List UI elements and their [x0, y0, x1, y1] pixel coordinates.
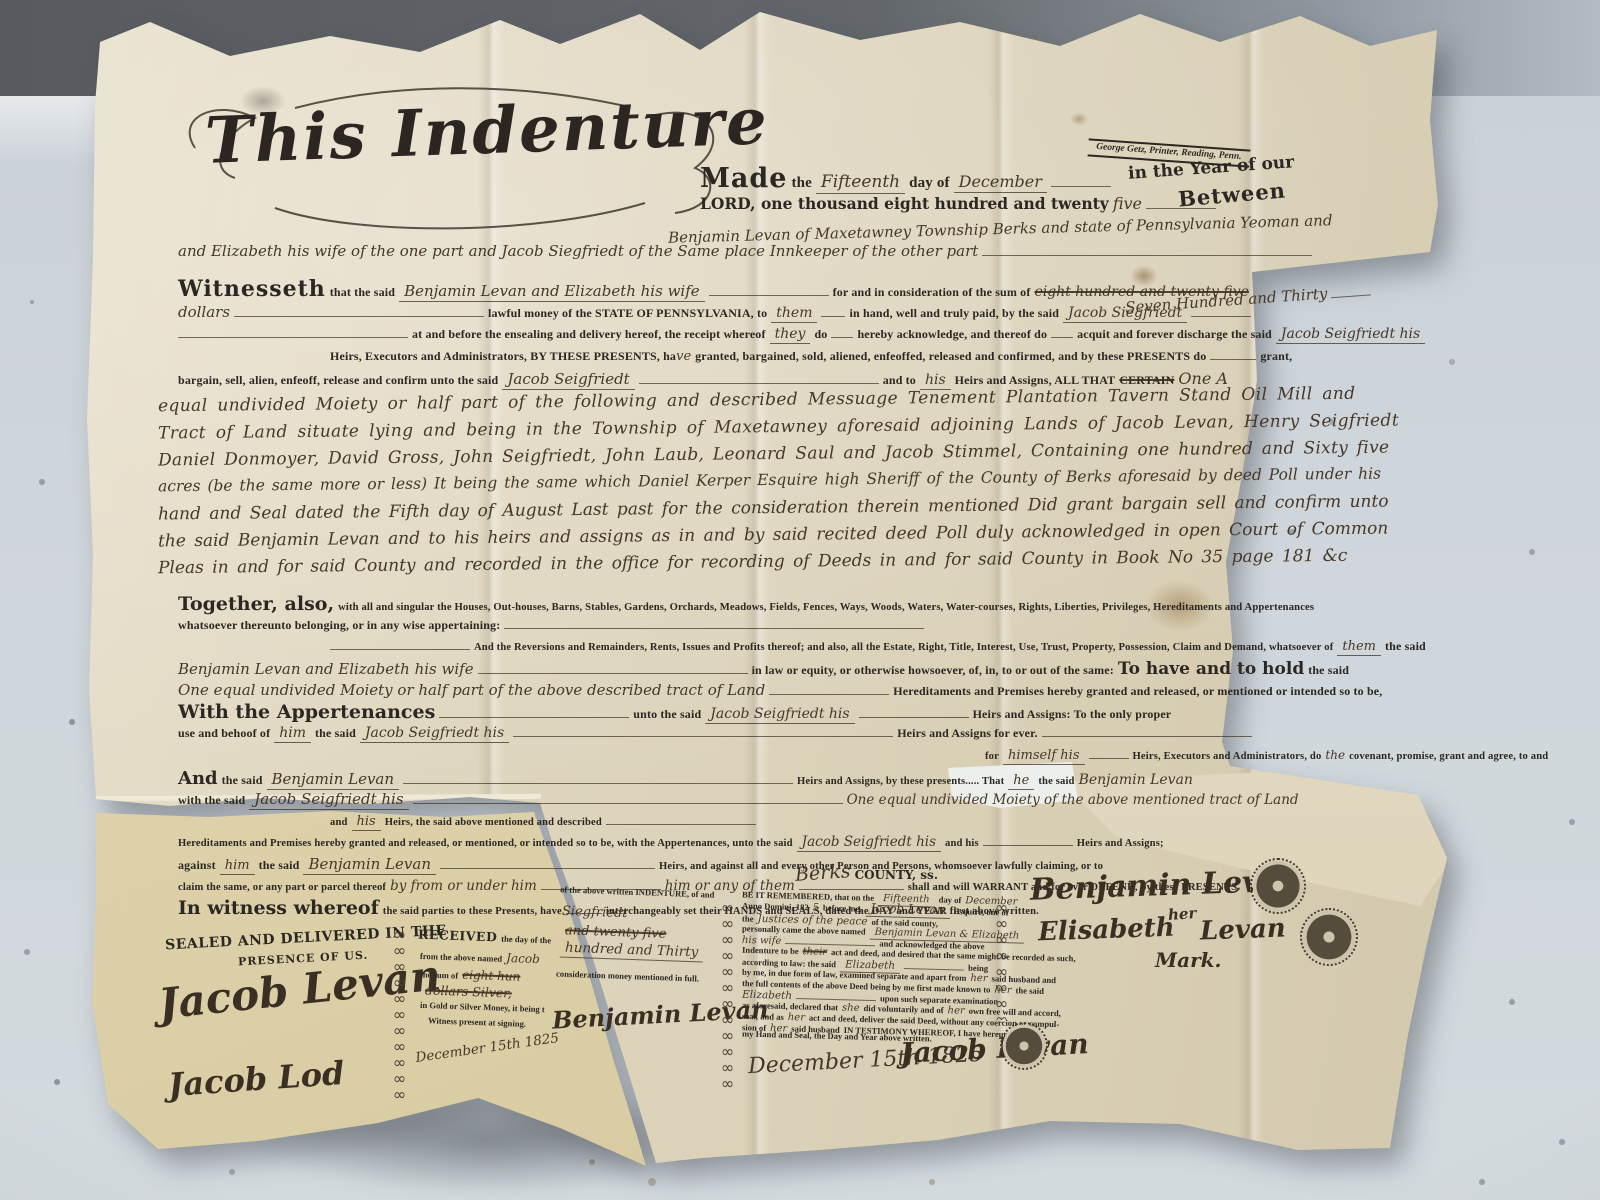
elisabeth-her-mark: her — [1167, 904, 1197, 924]
blank-line — [403, 771, 793, 784]
witnesseth-line-2: dollars lawful money of the STATE OF PEN… — [178, 303, 1251, 322]
equity-text: in law or equity, or otherwise howsoever… — [752, 663, 1114, 677]
month-handwritten: December — [954, 172, 1047, 193]
the-said-5: the said — [1038, 776, 1074, 787]
the-word: the — [791, 175, 811, 191]
him-word: him — [274, 725, 311, 743]
grantee-name-5: Jacob Seigfriedt his — [797, 834, 941, 852]
blank-line — [639, 371, 879, 384]
reversions-text: And the Reversions and Remainders, Rents… — [474, 642, 1333, 653]
payer-name: Jacob Siegfriedt — [1063, 305, 1187, 323]
ornamental-coil-border: ∞∞∞∞∞∞∞∞∞∞∞∞∞∞∞∞∞∞∞∞∞∞∞∞ — [384, 925, 412, 1107]
elisabeth-signature-last: Levan — [1200, 914, 1287, 947]
grant-word: grant, — [1260, 349, 1292, 363]
them-word: them — [771, 305, 817, 323]
covenant-line-5: against him the said Benjamin Levan Heir… — [178, 855, 1103, 874]
acknowledge-text: hereby acknowledge, and thereof do — [857, 327, 1047, 341]
wax-seal-1 — [1250, 858, 1306, 914]
from-label: from the above named — [420, 951, 503, 964]
moiety-text: One equal undivided Moiety or half part … — [178, 681, 765, 699]
year-handwritten: five — [1113, 194, 1142, 213]
county-hw: Berks — [794, 860, 851, 886]
only-proper-text: Heirs and Assigns: To the only proper — [973, 707, 1172, 721]
blank-line — [982, 243, 1312, 256]
covenant-line-0: for himself his Heirs, Executors and Adm… — [985, 746, 1548, 764]
to-have-heading: To have and to hold — [1118, 659, 1304, 679]
and-to-label: and to — [883, 373, 916, 387]
consideration-label: for and in consideration of the sum of — [833, 285, 1031, 299]
justice-seal — [1000, 1022, 1048, 1070]
covenantor-name-2: Benjamin Levan — [1079, 772, 1193, 788]
day-handwritten: Fifteenth — [816, 172, 905, 194]
blank-line — [859, 705, 969, 718]
covenant-line-2: with the said Jacob Seigfriedt his One e… — [178, 790, 1299, 809]
witnesseth-line-3: at and before the ensealing and delivery… — [178, 325, 1425, 343]
grantor-names: Benjamin Levan and Elizabeth his wife — [399, 282, 705, 302]
covenantor-name: Benjamin Levan — [267, 770, 400, 790]
blank-line — [439, 705, 629, 718]
grantee-name-2: Jacob Seigfriedt his — [705, 706, 854, 724]
hereditaments-2: Hereditaments and Premises hereby grante… — [178, 838, 793, 849]
blank-line — [504, 616, 924, 629]
granted-text: granted, bargained, sold, aliened, enfeo… — [695, 349, 1206, 363]
county-label: COUNTY, ss. — [855, 868, 938, 882]
wax-seal-2 — [1300, 908, 1358, 966]
covenant-line-4: Hereditaments and Premises hereby grante… — [178, 833, 1164, 851]
ve-handwritten: ve — [676, 349, 691, 364]
blank-line — [1051, 325, 1073, 338]
blank-line — [178, 325, 408, 338]
ack-the-said: the said — [1015, 985, 1044, 996]
witnesseth-line-4: Heirs, Executors and Administrators, BY … — [330, 347, 1292, 365]
blank-line — [1051, 174, 1111, 187]
blank-line — [1089, 746, 1129, 759]
together-line-1: Together, also, with all and singular th… — [178, 593, 1314, 615]
the-hw: the — [1325, 748, 1345, 762]
acquit-text: acquit and forever discharge the said — [1077, 327, 1272, 341]
them-word-2: them — [1337, 639, 1381, 656]
ensealing-text: at and before the ensealing and delivery… — [412, 327, 766, 341]
they-word: they — [770, 326, 811, 344]
do-word: do — [814, 327, 827, 341]
moiety-hw: One equal undivided Moiety of the above … — [847, 792, 1299, 808]
heirs-assigns-2: Heirs and Assigns; — [1077, 838, 1164, 849]
day-of-label: day of — [909, 175, 950, 191]
blank-line — [413, 791, 843, 804]
together-line-4: Benjamin Levan and Elizabeth his wife in… — [178, 659, 1349, 679]
party-line-2-text: and Elizabeth his wife of the one part a… — [178, 242, 978, 260]
blank-line — [330, 637, 470, 650]
together-text-2: whatsoever thereunto belonging, or in an… — [178, 618, 500, 632]
use-behoof-label: use and behoof of — [178, 726, 270, 740]
discharged-name: Jacob Seigfriedt his — [1276, 326, 1425, 344]
unto-label: unto the said — [633, 707, 701, 721]
the-said-4: the said — [222, 773, 263, 787]
sum-struck-hw: eight hun — [462, 968, 521, 984]
witness-a: the said parties to these Presents, have — [383, 906, 562, 917]
together-line-3: And the Reversions and Remainders, Rents… — [330, 637, 1426, 655]
from-name-hw: Jacob — [506, 951, 540, 966]
grantor-names-2: Benjamin Levan and Elizabeth his wife — [178, 660, 474, 678]
himself-his: himself his — [1003, 748, 1085, 765]
lord-phrase: LORD, one thousand eight hundred and twe… — [700, 194, 1109, 213]
forever-text: Heirs and Assigns for ever. — [897, 726, 1037, 740]
elisabeth-signature-first: Elisabeth — [1038, 913, 1176, 948]
ornamental-coil-border: ∞∞∞∞∞∞∞∞∞∞∞∞∞∞∞∞∞∞∞∞∞∞∞∞ — [712, 898, 740, 1088]
against-label: against — [178, 858, 216, 872]
heirs-execs-text: Heirs, Executors and Administrators, BY … — [330, 349, 676, 363]
together-line-7: use and behoof of him the said Jacob Sei… — [178, 724, 1252, 742]
heirs-assigns-label: Heirs and Assigns, ALL THAT — [955, 373, 1116, 387]
covenantor-name-3: Benjamin Levan — [303, 855, 436, 875]
grantee-name-3: Jacob Seigfriedt his — [360, 725, 509, 743]
blank-line — [234, 304, 484, 317]
in-hand: in hand, well and truly paid, by the sai… — [849, 306, 1059, 320]
grantee-name-4: Jacob Seigfriedt his — [249, 790, 408, 810]
covenant-line-1: And the said Benjamin Levan Heirs and As… — [178, 768, 1193, 789]
frag-name-hw: Siegfriedt — [562, 904, 628, 921]
together-line-6: With the Appertenances unto the said Jac… — [178, 701, 1171, 723]
that-the-said: that the said — [330, 285, 395, 299]
blank-line — [513, 724, 893, 737]
mark-word: Mark. — [1155, 948, 1221, 972]
received-heading: RECEIVED — [418, 927, 498, 945]
document-title: This Indenture — [204, 90, 770, 174]
blank-line — [831, 325, 853, 338]
the-said-3: the said — [315, 726, 356, 740]
and-heading: And — [178, 768, 218, 789]
together-line-5: One equal undivided Moiety or half part … — [178, 681, 1382, 700]
covenant-line-3: and his Heirs, the said above mentioned … — [330, 812, 756, 830]
the-said-6: the said — [259, 858, 300, 872]
the-said-2: the said — [1308, 663, 1349, 677]
together-text-1: with all and singular the Houses, Out-ho… — [338, 602, 1314, 613]
blank-line — [1191, 304, 1251, 317]
grantee-name: Jacob Seigfriedt — [502, 370, 634, 390]
blank-line — [478, 661, 748, 674]
the-said-label: the said — [1385, 639, 1426, 653]
witnesseth-heading: Witnesseth — [178, 276, 326, 302]
blank-line — [1331, 283, 1372, 298]
bargain-text: bargain, sell, alien, enfeoff, release a… — [178, 373, 498, 387]
for-label: for — [985, 751, 999, 762]
made-line: Made the Fifteenth day of December — [700, 163, 1111, 194]
together-line-2: whatsoever thereunto belonging, or in an… — [178, 616, 924, 634]
heirs-execs-2: Heirs, Executors and Administrators, do — [1133, 751, 1322, 762]
presents-text: Heirs and Assigns, by these presents....… — [797, 776, 1004, 787]
blank-line — [983, 833, 1073, 846]
and-label: and — [330, 817, 348, 828]
stain-spot — [1070, 112, 1088, 126]
blank-line — [821, 304, 845, 317]
he-word: he — [1008, 773, 1034, 790]
and-his-label: and his — [945, 838, 979, 849]
party-line-2: and Elizabeth his wife of the one part a… — [178, 242, 1312, 261]
blank-line — [606, 812, 756, 825]
dollars-word: dollars — [178, 303, 230, 321]
county-line: Berks COUNTY, ss. — [795, 862, 938, 884]
claim-text: claim the same, or any part or parcel th… — [178, 882, 386, 893]
ornamental-coil-border: ∞∞∞∞∞∞∞∞∞∞∞∞∞∞∞∞∞∞∞∞∞∞∞∞ — [986, 898, 1014, 1020]
blank-line — [1042, 724, 1252, 737]
together-heading: Together, also, — [178, 593, 334, 615]
received-line-3: dollars Silver, — [425, 982, 512, 1000]
sum-label: the sum of — [420, 969, 459, 980]
in-witness-heading: In witness whereof — [178, 897, 379, 919]
blank-line — [709, 283, 829, 296]
lawful-money: lawful money of the STATE OF PENNSYLVANI… — [488, 306, 767, 320]
heirs-above-text: Heirs, the said above mentioned and desc… — [385, 817, 602, 828]
lord-line: LORD, one thousand eight hundred and twe… — [700, 194, 1216, 214]
photo-of-indenture-document: This Indenture George Getz, Printer, Rea… — [0, 0, 1600, 1200]
him-word-2: him — [220, 858, 255, 875]
blank-line — [440, 856, 655, 869]
made-word: Made — [700, 163, 787, 194]
blank-line — [769, 682, 889, 695]
with-said-label: with the said — [178, 793, 245, 807]
received-sub: the day of the — [501, 934, 551, 946]
covenant-text: covenant, promise, grant and agree, to a… — [1349, 751, 1548, 762]
his-word-2: his — [352, 814, 381, 831]
blank-line — [1210, 347, 1256, 360]
appertenances-heading: With the Appertenances — [178, 701, 435, 723]
hereditaments-text: Hereditaments and Premises hereby grante… — [893, 684, 1382, 698]
by-from-hw: by from or under him — [390, 878, 537, 894]
witnesseth-line-1: Witnesseth that the said Benjamin Levan … — [178, 276, 1249, 302]
